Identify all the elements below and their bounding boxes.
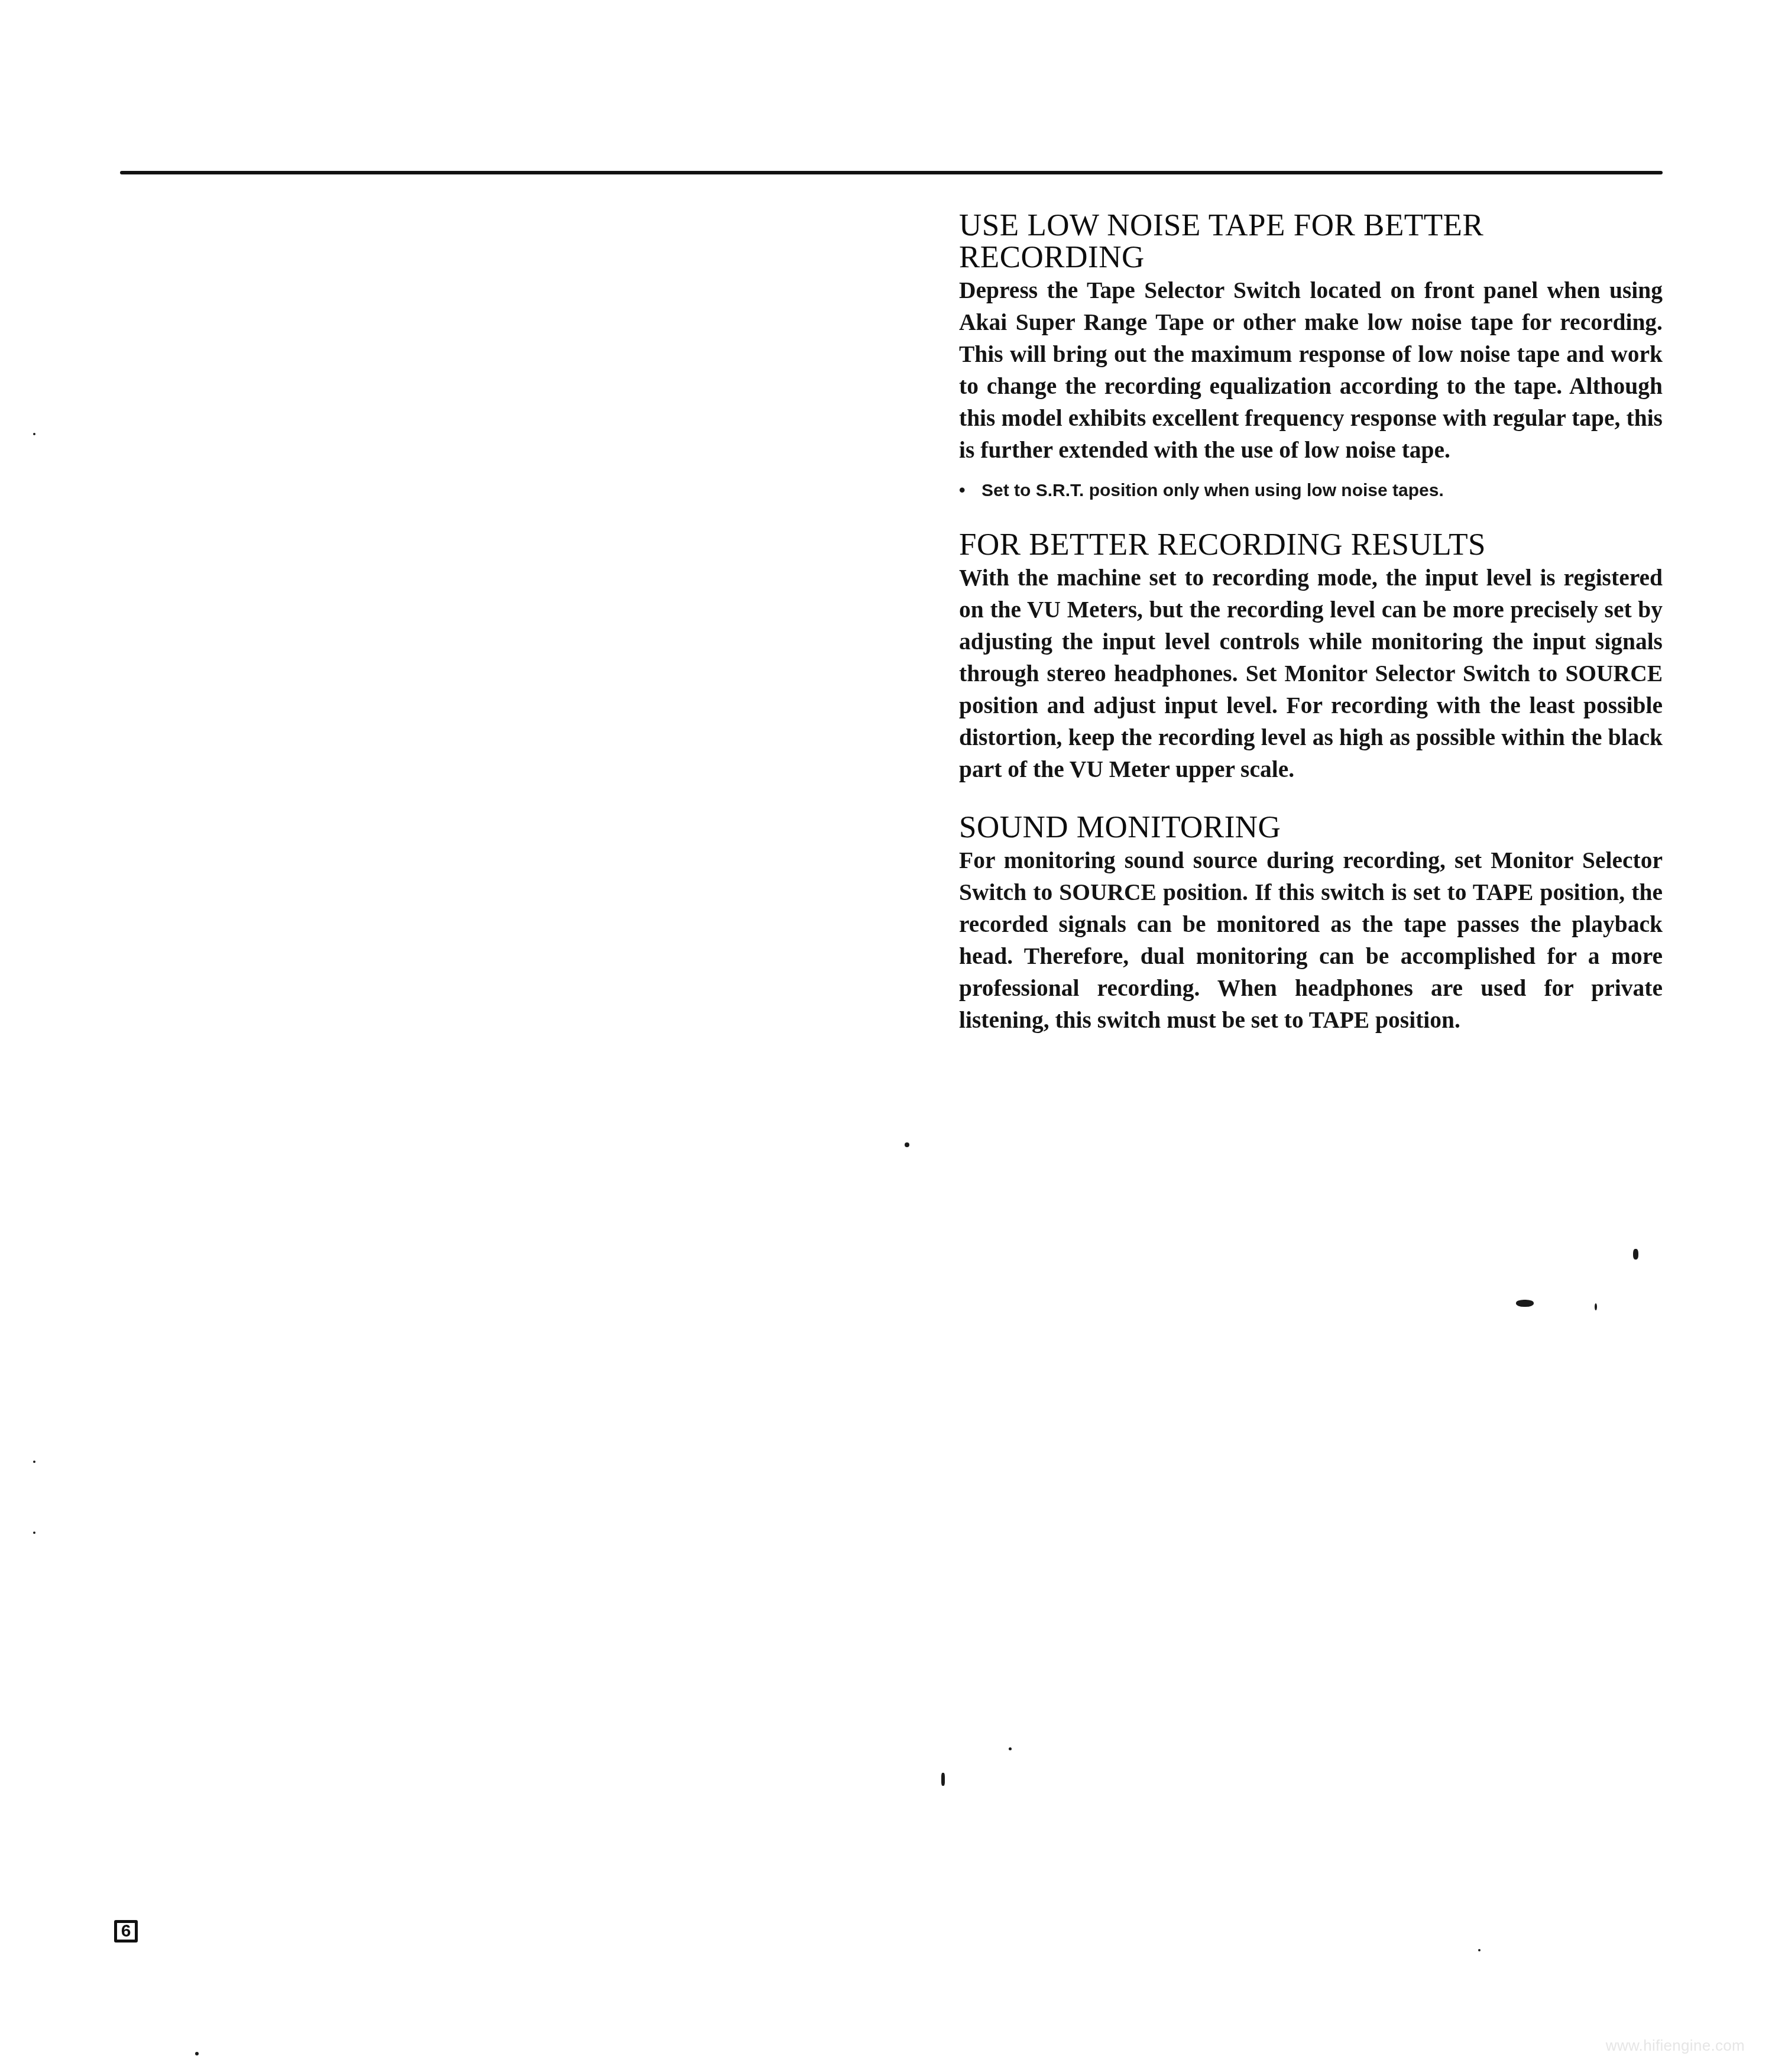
section-heading: FOR BETTER RECORDING RESULTS [959, 529, 1491, 561]
page-number-badge: 6 [114, 1920, 138, 1942]
scan-speck [33, 1461, 35, 1463]
header-rule [120, 171, 1663, 174]
section-body: For monitoring sound source during recor… [959, 844, 1663, 1036]
scan-speck [1595, 1303, 1597, 1310]
note-text: Set to S.R.T. position only when using l… [981, 479, 1444, 503]
section-low-noise-tape: USE LOW NOISE TAPE FOR BETTER RECORDING … [959, 209, 1663, 503]
bullet-icon: • [959, 479, 981, 503]
section-sound-monitoring: SOUND MONITORING For monitoring sound so… [959, 811, 1663, 1036]
watermark: www.hifiengine.com [1606, 2037, 1745, 2055]
scan-speck [1516, 1300, 1534, 1307]
scan-speck [33, 1532, 35, 1534]
scan-speck [195, 2052, 199, 2055]
section-heading: SOUND MONITORING [959, 811, 1491, 843]
section-body: Depress the Tape Selector Switch located… [959, 274, 1663, 466]
section-better-recording-results: FOR BETTER RECORDING RESULTS With the ma… [959, 529, 1663, 785]
scan-speck [1009, 1747, 1012, 1750]
scan-speck [33, 433, 35, 435]
text-column: USE LOW NOISE TAPE FOR BETTER RECORDING … [959, 209, 1663, 1036]
section-body: With the machine set to recording mode, … [959, 562, 1663, 785]
scan-speck [1633, 1249, 1638, 1260]
section-heading: USE LOW NOISE TAPE FOR BETTER RECORDING [959, 209, 1491, 273]
srt-note: • Set to S.R.T. position only when using… [959, 479, 1663, 503]
scan-speck [1478, 1949, 1481, 1951]
scan-speck [941, 1773, 945, 1786]
scan-speck [905, 1142, 909, 1147]
